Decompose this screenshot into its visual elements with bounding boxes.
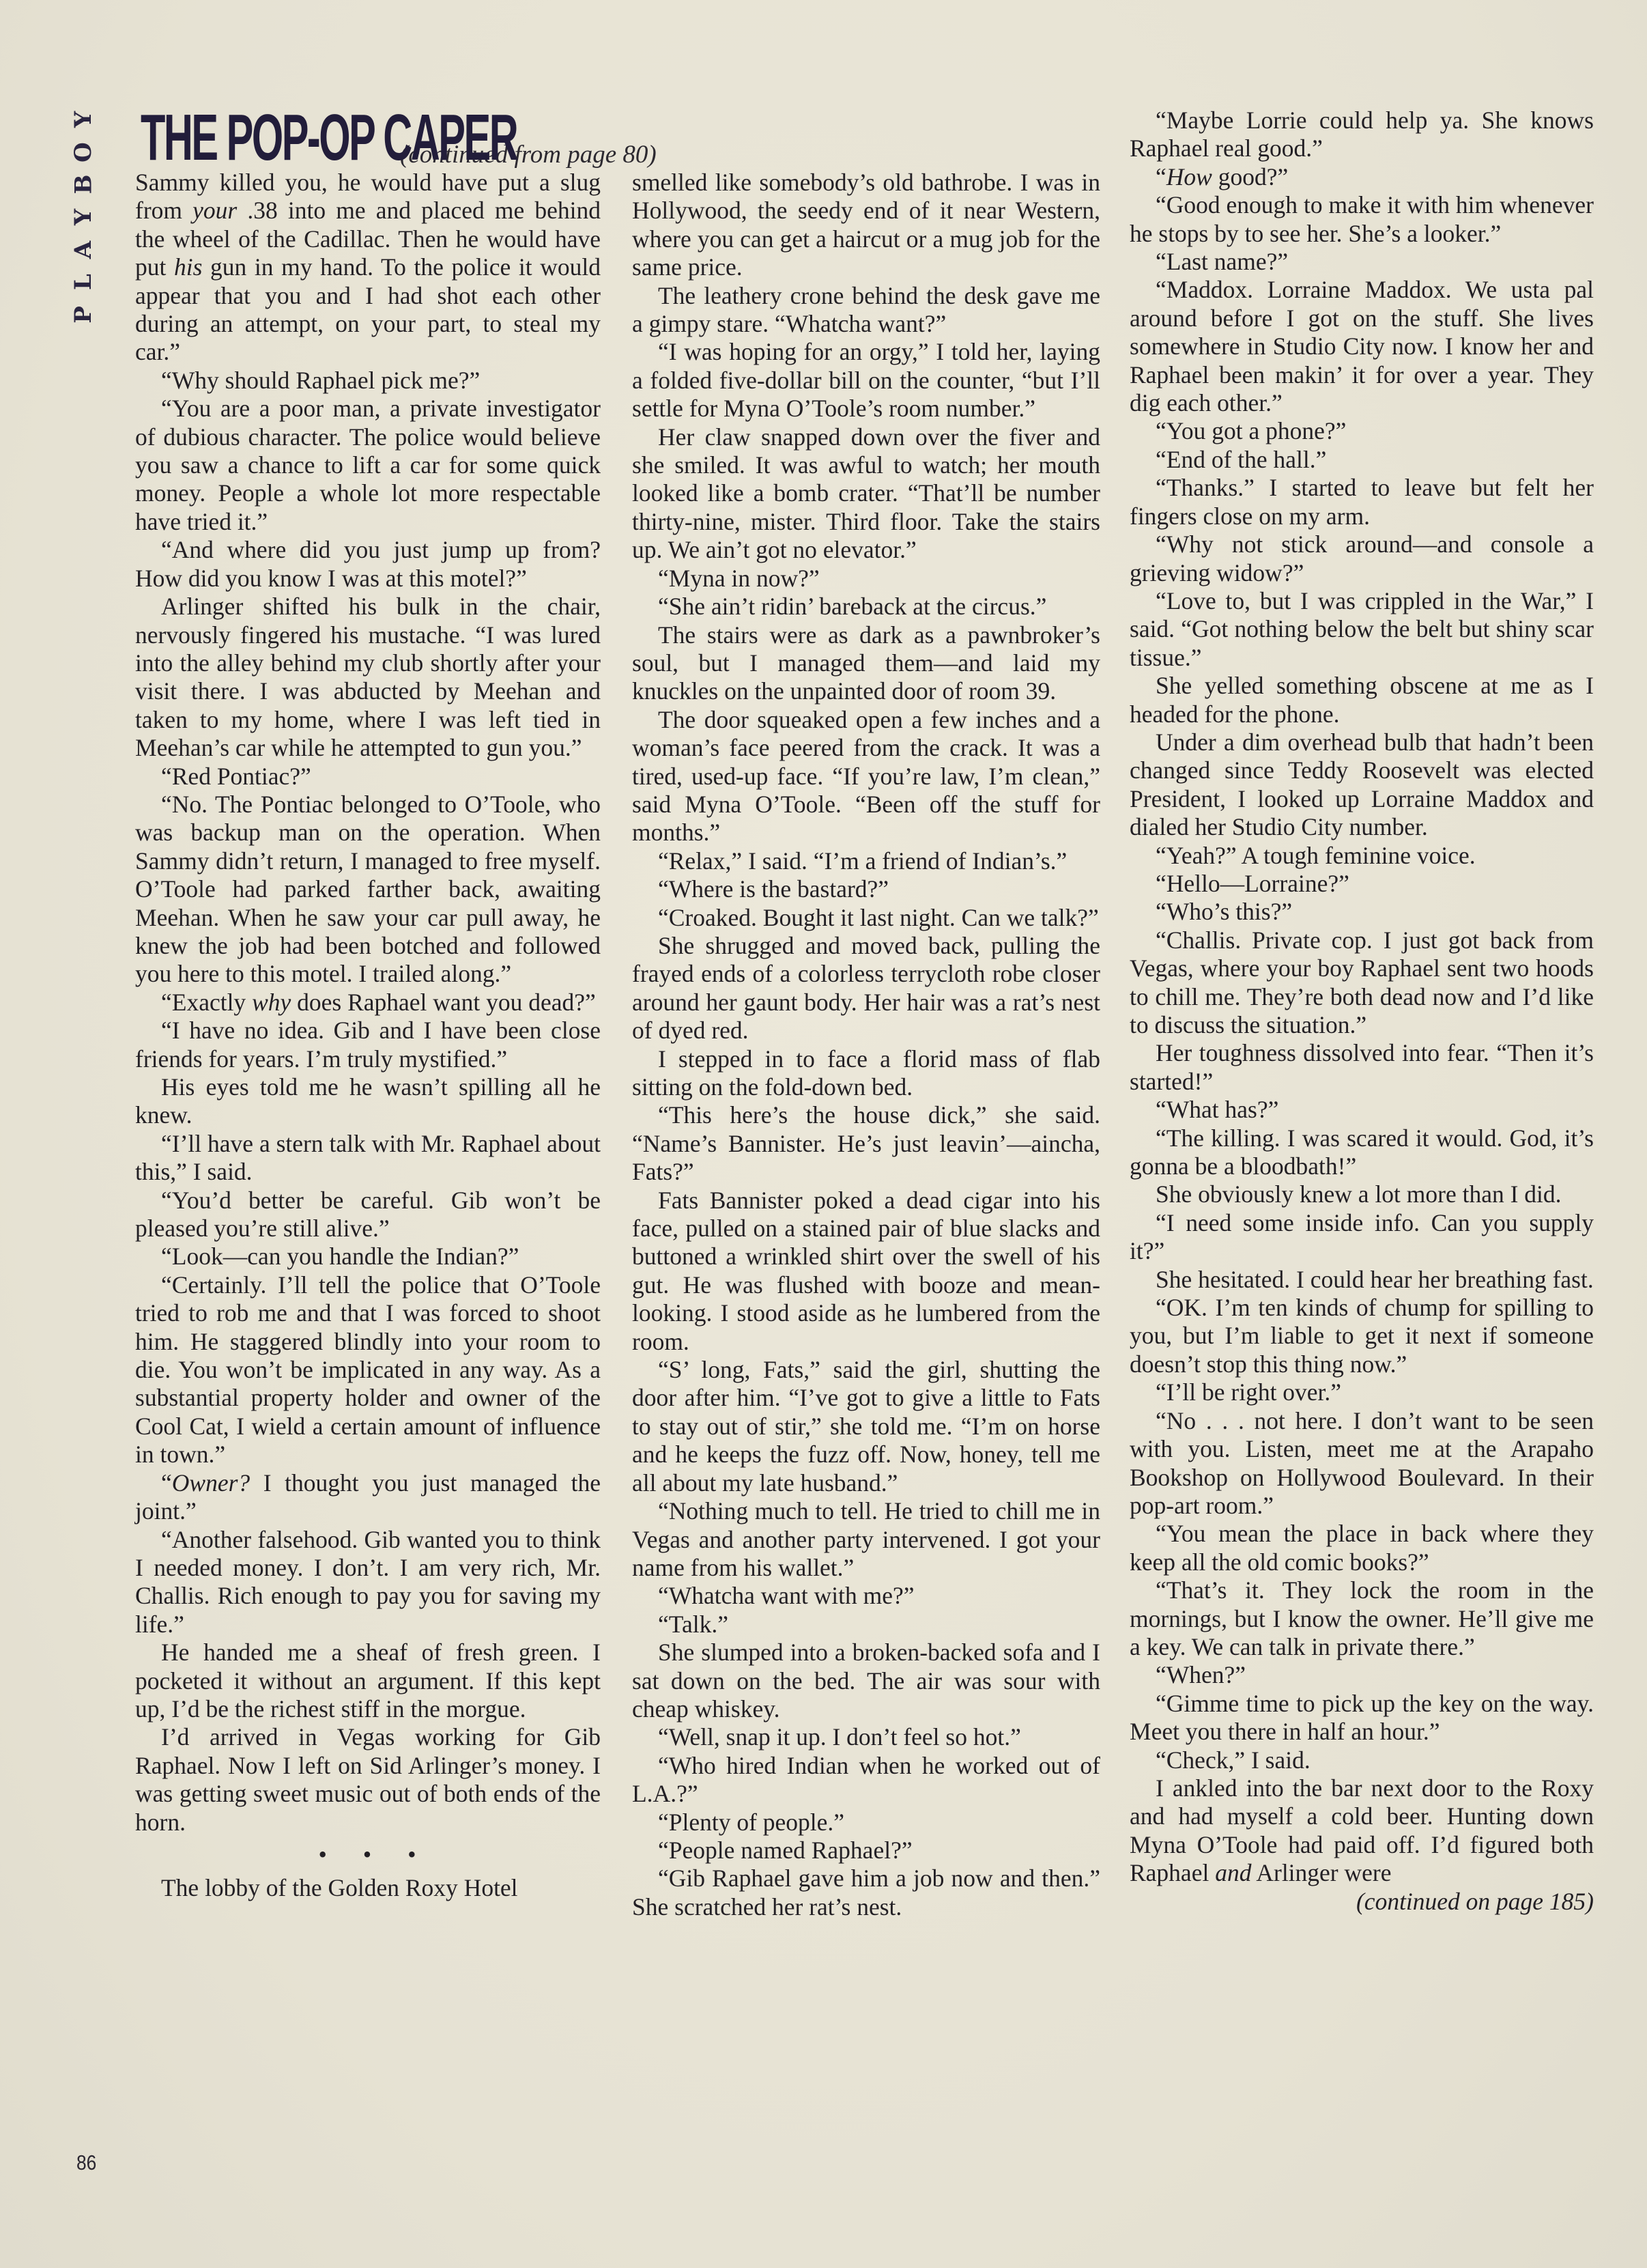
paragraph: “S’ long, Fats,” said the girl, shutting… — [632, 1356, 1100, 1497]
paragraph: “Last name?” — [1130, 248, 1594, 276]
paragraph: “She ain’t ridin’ bareback at the circus… — [632, 593, 1100, 621]
paragraph: “Challis. Private cop. I just got back f… — [1130, 926, 1594, 1040]
paragraph: “Whatcha want with me?” — [632, 1582, 1100, 1610]
paragraph: Her toughness dissolved into fear. “Then… — [1130, 1039, 1594, 1096]
paragraph: The door squeaked open a few inches and … — [632, 706, 1100, 847]
paragraph: I stepped in to face a florid mass of fl… — [632, 1045, 1100, 1102]
paragraph: “Another falsehood. Gib wanted you to th… — [135, 1526, 601, 1639]
paragraph: “And where did you just jump up from? Ho… — [135, 536, 601, 593]
paragraph: smelled like somebody’s old bathrobe. I … — [632, 169, 1100, 282]
paragraph: “Owner? I thought you just managed the j… — [135, 1469, 601, 1526]
paragraph: She shrugged and moved back, pull­ing th… — [632, 932, 1100, 1045]
paragraph: “I’ll have a stern talk with Mr. Raphael… — [135, 1130, 601, 1187]
paragraph: He handed me a sheaf of fresh green. I p… — [135, 1639, 601, 1723]
paragraph: “The killing. I was scared it would. God… — [1130, 1124, 1594, 1181]
paragraph: “Who hired Indian when he worked out of … — [632, 1752, 1100, 1809]
paragraph: “Gimme time to pick up the key on the wa… — [1130, 1690, 1594, 1746]
paragraph: “Who’s this?” — [1130, 898, 1594, 926]
masthead-letter: Y — [72, 111, 95, 128]
text-column-2: smelled like somebody’s old bathrobe. I … — [632, 169, 1100, 1921]
paragraph: Sammy killed you, he would have put a sl… — [135, 169, 601, 367]
paragraph: “Myna in now?” — [632, 565, 1100, 593]
paragraph: She slumped into a broken-backed sofa an… — [632, 1639, 1100, 1723]
paragraph: “Love to, but I was crippled in the War,… — [1130, 587, 1594, 672]
paragraph: “Good enough to make it with him wheneve… — [1130, 191, 1594, 248]
paragraph: “Maybe Lorrie could help ya. She knows R… — [1130, 107, 1594, 163]
paragraph: “I’ll be right over.” — [1130, 1378, 1594, 1406]
paragraph: “Hello—Lorraine?” — [1130, 870, 1594, 898]
paragraph: “I need some inside info. Can you supply… — [1130, 1209, 1594, 1266]
paragraph: “Yeah?” A tough feminine voice. — [1130, 842, 1594, 870]
masthead-letter: B — [72, 175, 95, 195]
paragraph: The stairs were as dark as a pawn­broker… — [632, 621, 1100, 706]
paragraph: “Nothing much to tell. He tried to chill… — [632, 1497, 1100, 1582]
paragraph: “This here’s the house dick,” she said. … — [632, 1101, 1100, 1186]
continued-on-note: (continued on page 185) — [1130, 1888, 1594, 1916]
paragraph: “Talk.” — [632, 1611, 1100, 1639]
article-header: THE POP-OP CAPER (continued from page 80… — [141, 109, 657, 171]
paragraph: The leathery crone behind the desk gave … — [632, 282, 1100, 339]
paragraph: “OK. I’m ten kinds of chump for spill­in… — [1130, 1294, 1594, 1378]
paragraph: “Thanks.” I started to leave but felt he… — [1130, 474, 1594, 530]
paragraph: “Maddox. Lorraine Maddox. We usta pal ar… — [1130, 276, 1594, 417]
paragraph: “Check,” I said. — [1130, 1746, 1594, 1774]
paragraph: Arlinger shifted his bulk in the chair, … — [135, 593, 601, 762]
paragraph: “Red Pontiac?” — [135, 763, 601, 791]
paragraph: “I was hoping for an orgy,” I told her, … — [632, 338, 1100, 423]
playboy-masthead-vertical: PLAYBOY — [63, 108, 104, 326]
masthead-letter: L — [72, 274, 95, 290]
paragraph: “Croaked. Bought it last night. Can we t… — [632, 904, 1100, 932]
paragraph: “Look—can you handle the Indian?” — [135, 1243, 601, 1271]
paragraph: His eyes told me he wasn’t spilling all … — [135, 1073, 601, 1130]
paragraph: “No . . . not here. I don’t want to be s… — [1130, 1407, 1594, 1520]
paragraph: “When?” — [1130, 1661, 1594, 1689]
paragraph: “You are a poor man, a private investi­g… — [135, 395, 601, 536]
paragraph: I ankled into the bar next door to the R… — [1130, 1774, 1594, 1888]
paragraph: “Certainly. I’ll tell the police that O’… — [135, 1271, 601, 1469]
paragraph: “I have no idea. Gib and I have been clo… — [135, 1017, 601, 1073]
article-title: THE POP-OP CAPER — [141, 105, 377, 171]
text-column-1: Sammy killed you, he would have put a sl… — [135, 169, 601, 1903]
paragraph: She yelled something obscene at me as I … — [1130, 672, 1594, 728]
paragraph: Her claw snapped down over the fiver and… — [632, 423, 1100, 565]
masthead-letter: P — [72, 306, 95, 324]
paragraph: She hesitated. I could hear her breath­i… — [1130, 1266, 1594, 1294]
page-number: 86 — [76, 2151, 96, 2175]
paragraph: “That’s it. They lock the room in the mo… — [1130, 1576, 1594, 1661]
masthead-letter: A — [72, 240, 95, 258]
masthead-letter: Y — [72, 209, 95, 225]
paragraph: The lobby of the Golden Roxy Hotel — [135, 1874, 601, 1902]
paragraph: “You’d better be careful. Gib won’t be p… — [135, 1187, 601, 1243]
paragraph: “You mean the place in back where they k… — [1130, 1520, 1594, 1576]
paragraph: “Why not stick around—and console a grie… — [1130, 530, 1594, 587]
paragraph: “You got a phone?” — [1130, 417, 1594, 445]
paragraph: “What has?” — [1130, 1096, 1594, 1124]
paragraph: “Why should Raphael pick me?” — [135, 367, 601, 395]
paragraph: Fats Bannister poked a dead cigar into h… — [632, 1187, 1100, 1356]
section-break: • • • — [135, 1841, 601, 1869]
paragraph: She obviously knew a lot more than I did… — [1130, 1180, 1594, 1208]
text-column-3: “Maybe Lorrie could help ya. She knows R… — [1130, 107, 1594, 1916]
paragraph: “No. The Pontiac belonged to O’Toole, wh… — [135, 791, 601, 989]
paragraph: “Where is the bastard?” — [632, 875, 1100, 903]
paragraph: “How good?” — [1130, 163, 1594, 191]
masthead-letter: O — [72, 142, 95, 162]
paragraph: I’d arrived in Vegas working for Gib Rap… — [135, 1723, 601, 1837]
paragraph: “Well, snap it up. I don’t feel so hot.” — [632, 1723, 1100, 1751]
paragraph: Under a dim overhead bulb that hadn’t be… — [1130, 728, 1594, 842]
paragraph: “Gib Raphael gave him a job now and then… — [632, 1865, 1100, 1921]
paragraph: “Plenty of people.” — [632, 1809, 1100, 1837]
paragraph: “People named Raphael?” — [632, 1837, 1100, 1865]
paragraph: “Exactly why does Raphael want you dead?… — [135, 989, 601, 1017]
paragraph: “End of the hall.” — [1130, 446, 1594, 474]
paragraph: “Relax,” I said. “I’m a friend of Indian… — [632, 847, 1100, 875]
